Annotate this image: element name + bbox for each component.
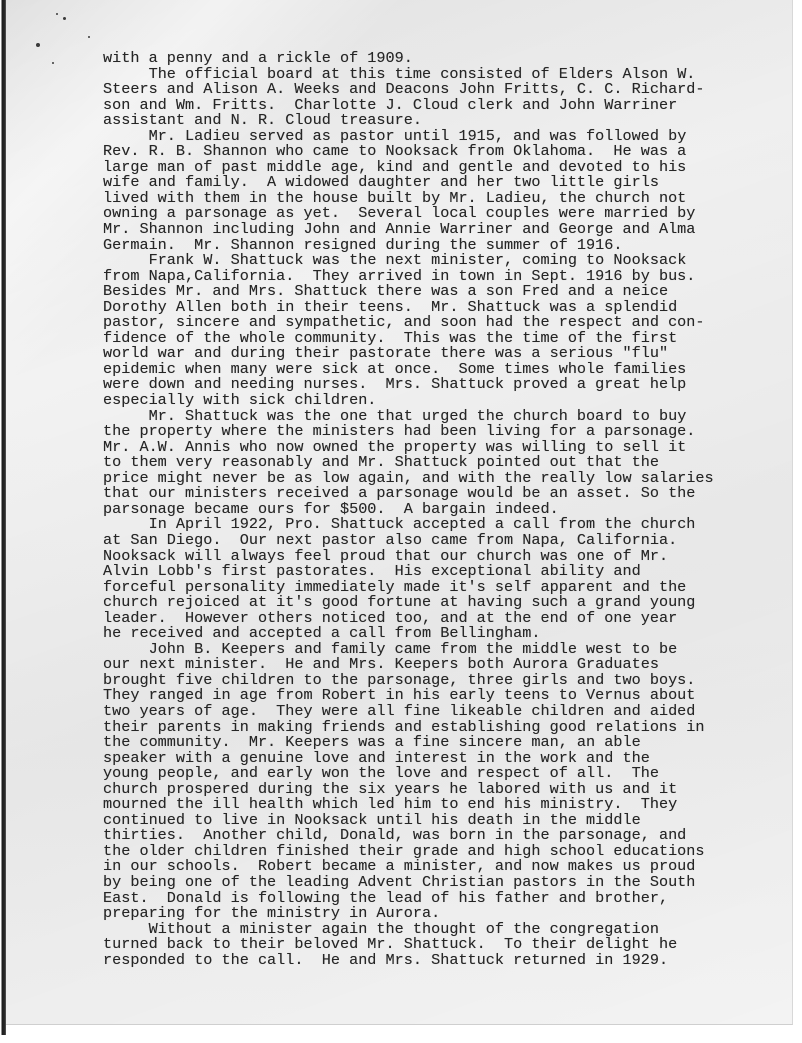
ink-speck (63, 17, 66, 20)
typewritten-text: with a penny and a rickle of 1909.The of… (103, 51, 714, 968)
ink-speck (56, 13, 58, 15)
ink-speck (88, 36, 90, 38)
ink-speck (52, 62, 54, 64)
ink-speck (36, 43, 40, 47)
text-line: responded to the call. He and Mrs. Shatt… (103, 953, 714, 969)
